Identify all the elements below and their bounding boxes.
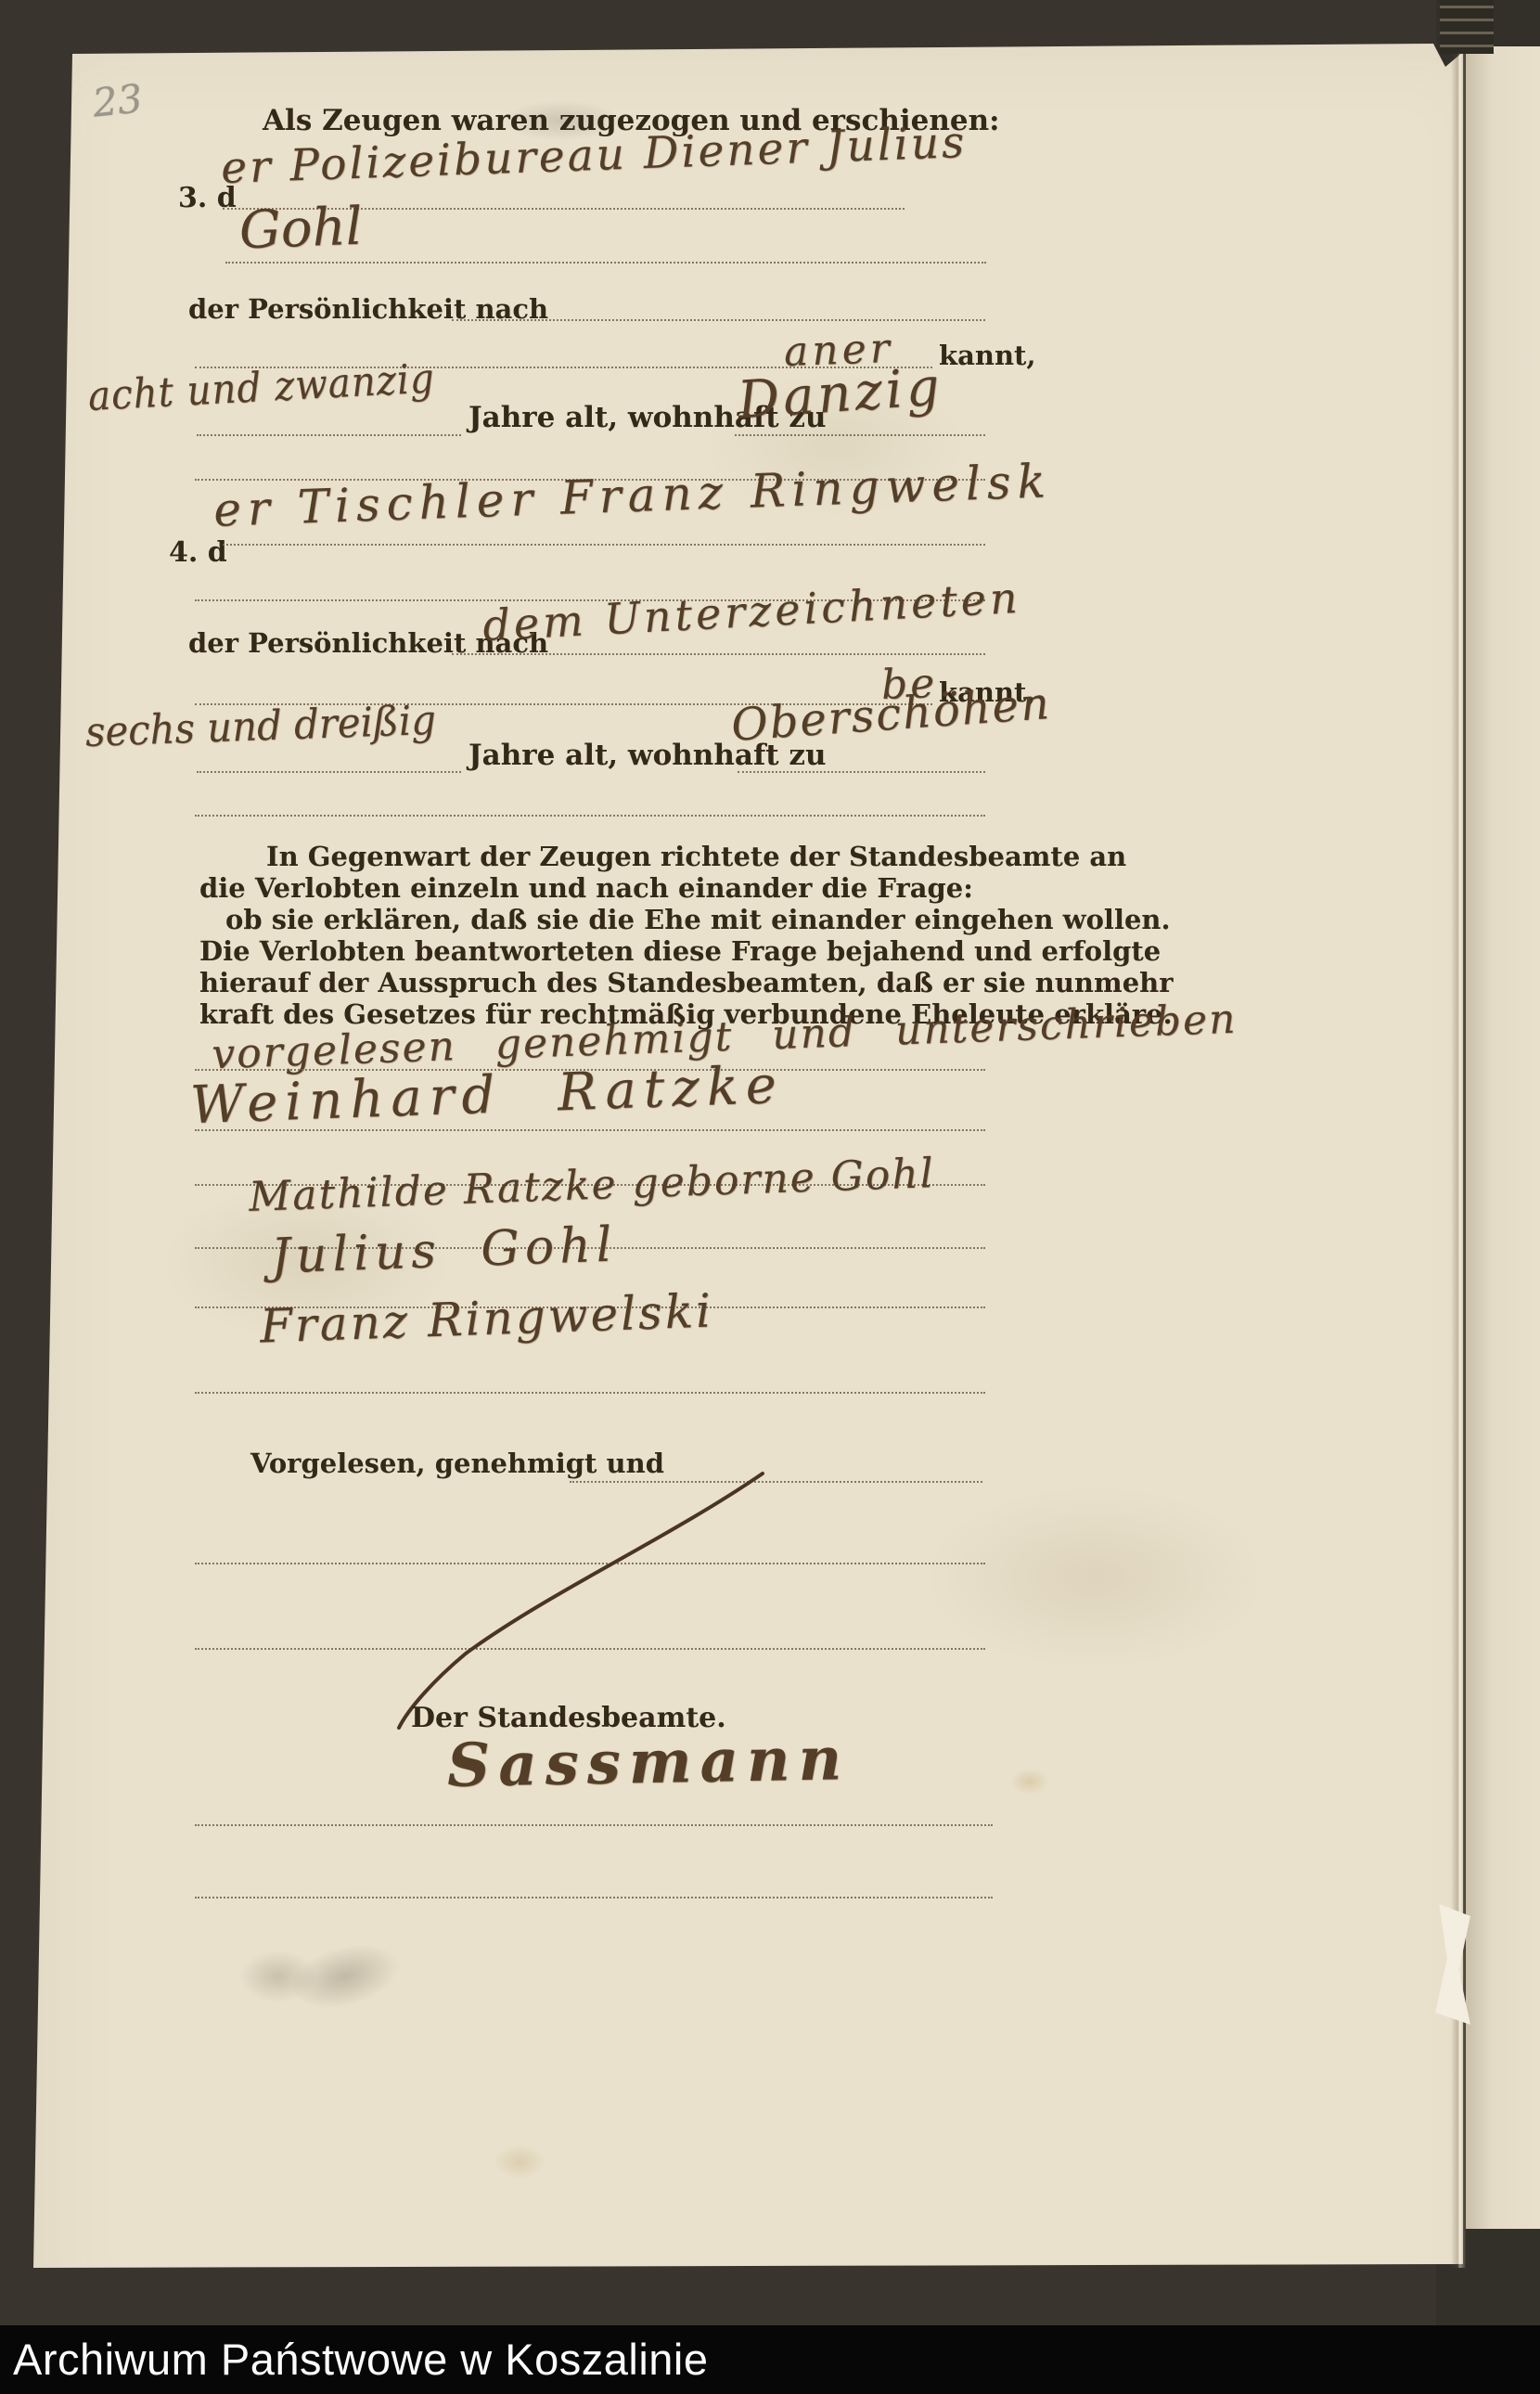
witness3-surname-handwritten: Gohl bbox=[238, 197, 364, 262]
entry-line bbox=[195, 1648, 985, 1650]
archive-caption-bar: Archiwum Państwowe w Koszalinie bbox=[0, 2325, 1540, 2394]
entry-line bbox=[197, 771, 461, 773]
closing-label: Vorgelesen, genehmigt und bbox=[250, 1448, 664, 1479]
entry-line bbox=[195, 815, 985, 817]
ceremony-line: die Verlobten einzeln und nach einander … bbox=[199, 872, 1034, 904]
witness4-number: 4. d bbox=[169, 536, 227, 569]
ceremony-line: hierauf der Ausspruch des Standesbeamten… bbox=[199, 967, 1034, 998]
entry-line bbox=[223, 544, 985, 546]
entry-line bbox=[195, 1824, 993, 1826]
entry-line bbox=[195, 1129, 985, 1131]
entry-line bbox=[195, 1897, 993, 1898]
entry-line bbox=[570, 1481, 982, 1483]
ceremony-line: ob sie erklären, daß sie die Ehe mit ein… bbox=[199, 904, 1034, 935]
archive-caption-text: Archiwum Państwowe w Koszalinie bbox=[13, 2325, 709, 2394]
document-scan: 23 Als Zeugen waren zugezogen und erschi… bbox=[0, 0, 1540, 2394]
entry-line bbox=[225, 262, 986, 264]
registrar-signature: Sassmann bbox=[446, 1724, 850, 1801]
entry-line bbox=[735, 434, 985, 436]
ceremony-line: In Gegenwart der Zeugen richtete der Sta… bbox=[199, 841, 1034, 872]
entry-line bbox=[197, 434, 461, 436]
ceremony-line: Die Verlobten beantworteten diese Frage … bbox=[199, 935, 1034, 967]
witness3-recognized-printed: kannt, bbox=[939, 340, 1036, 371]
binding-threads bbox=[1440, 0, 1494, 54]
ceremony-paragraph: In Gegenwart der Zeugen richtete der Sta… bbox=[199, 841, 1034, 1030]
entry-line bbox=[738, 771, 985, 773]
adjacent-page-edge bbox=[1466, 46, 1540, 2229]
entry-line bbox=[452, 319, 985, 321]
entry-line bbox=[452, 653, 985, 655]
pencil-page-number: 23 bbox=[91, 75, 145, 125]
entry-line bbox=[195, 1563, 985, 1564]
entry-line bbox=[195, 1392, 985, 1394]
